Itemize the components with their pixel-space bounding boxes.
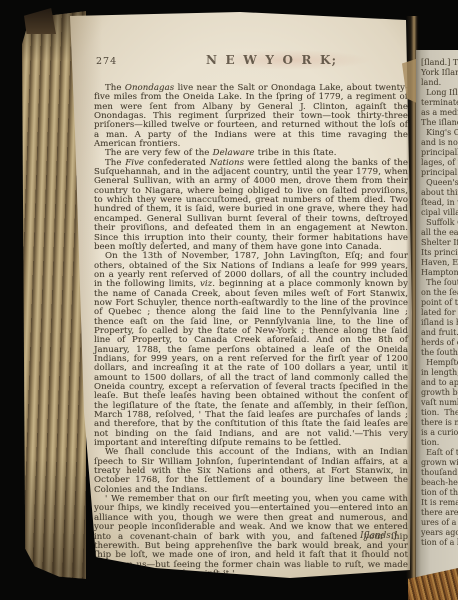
adjacent-page-line: beach-hens,: [421, 478, 458, 488]
adjacent-page-line: herds of cattle: [421, 338, 458, 348]
running-head: N E W Y O R K;: [206, 53, 337, 67]
adjacent-page-line: Hempſtead: [421, 358, 458, 368]
page-number: 274: [96, 56, 117, 67]
adjacent-page-text: [ſland.] ThYork Iſland, whland. Long Iſl…: [421, 58, 458, 548]
adjacent-page-line: on the ſea-coa: [421, 288, 458, 298]
adjacent-page-line: ures of a m: [421, 518, 458, 528]
adjacent-page-line: land.: [421, 78, 458, 88]
adjacent-page-line: Its principal to: [421, 248, 458, 258]
adjacent-page-line: Long Iſland: [421, 88, 458, 98]
adjacent-page-line: Eaſt of this: [421, 448, 458, 458]
adjacent-page-line: grown with ſ: [421, 458, 458, 468]
adjacent-page-line: Hampton.: [421, 268, 458, 278]
adjacent-page-line: principally Du: [421, 148, 458, 158]
page-text: The Onondagas live near the Salt or Onon…: [94, 84, 408, 579]
adjacent-page-line: point of the iſ: [421, 298, 458, 308]
adjacent-page-line: about thirty m: [421, 188, 458, 198]
adjacent-page-line: terminates with: [421, 98, 458, 108]
adjacent-page-line: Queen's Cou: [421, 178, 458, 188]
adjacent-page-line: the ſouth ſide: [421, 348, 458, 358]
adjacent-page-line: tion.: [421, 438, 458, 448]
paragraph: The Five confederated Nations were ſettl…: [94, 159, 408, 252]
adjacent-page-line: vaſt numbers: [421, 398, 458, 408]
adjacent-page-line: The ſouth ſi: [421, 278, 458, 288]
adjacent-page-line: Shelter Iſland,: [421, 238, 458, 248]
adjacent-page-line: growth but a: [421, 388, 458, 398]
paragraph: On the 13th of November, 1787, John Lavi…: [94, 252, 408, 448]
adjacent-page-line: lated for mili: [421, 308, 458, 318]
adjacent-page-line: It is remarka: [421, 498, 458, 508]
adjacent-page-line: years ago, unde: [421, 528, 458, 538]
adjacent-page-line: tion. The: [421, 408, 458, 418]
catchword: Iſlands.]: [360, 531, 397, 541]
adjacent-page-line: principal.: [421, 168, 458, 178]
book-photo: 274 N E W Y O R K; The Onondagas live ne…: [0, 0, 458, 600]
adjacent-page-line: in length, with: [421, 368, 458, 378]
adjacent-page-line: tion of a la: [421, 538, 458, 548]
adjacent-page: [ſland.] ThYork Iſland, whland. Long Iſl…: [416, 50, 458, 600]
book-page: 274 N E W Y O R K; The Onondagas live ne…: [60, 12, 414, 584]
adjacent-page-line: thouſand: [421, 468, 458, 478]
adjacent-page-line: cipal villages: [421, 208, 458, 218]
adjacent-page-line: [ſland.] Th: [421, 58, 458, 68]
adjacent-page-line: all the eaſtern: [421, 228, 458, 238]
adjacent-page-line: and to appear: [421, 378, 458, 388]
adjacent-page-line: iſland is hilly,: [421, 318, 458, 328]
adjacent-page-line: there is nothi: [421, 418, 458, 428]
adjacent-page-line: The iſland is c: [421, 118, 458, 128]
adjacent-page-line: lages, of whic: [421, 158, 458, 168]
adjacent-page-line: ſtead, in whic: [421, 198, 458, 208]
adjacent-page-line: and is not who: [421, 138, 458, 148]
adjacent-page-line: as a medium,: [421, 108, 458, 118]
adjacent-page-line: King's Cou: [421, 128, 458, 138]
paragraph: We ſhall conclude this account of the In…: [94, 448, 408, 495]
adjacent-page-line: there are no ſ: [421, 508, 458, 518]
adjacent-page-line: York Iſland, wh: [421, 68, 458, 78]
paragraph: The Onondagas live near the Salt or Onon…: [94, 84, 408, 149]
adjacent-page-line: Haven, Eaſt-: [421, 258, 458, 268]
adjacent-page-line: tion of the: [421, 488, 458, 498]
adjacent-page-line: Suffolk Cou: [421, 218, 458, 228]
adjacent-page-line: and fruit. A: [421, 328, 458, 338]
book-cover-corner: [24, 8, 56, 34]
adjacent-page-line: is a curiou: [421, 428, 458, 438]
